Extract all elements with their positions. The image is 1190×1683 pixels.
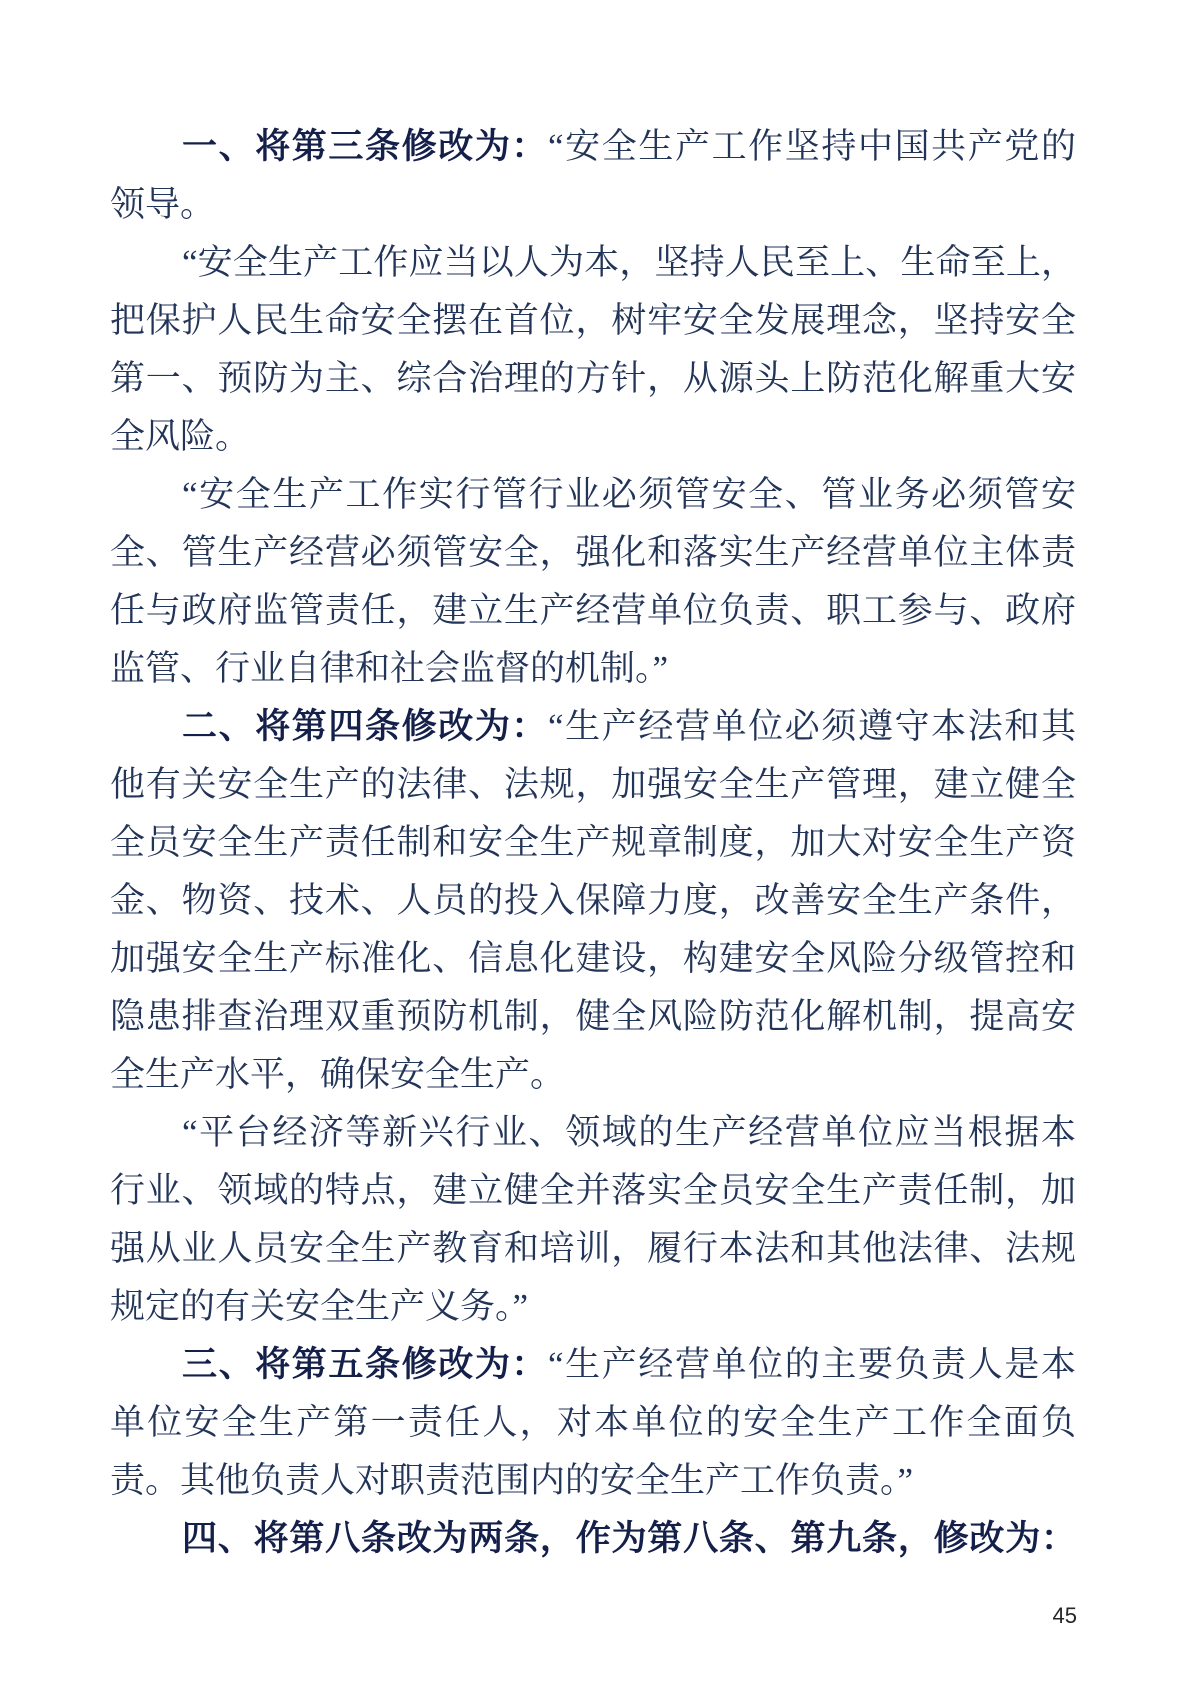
bold-heading-segment: 四、将第八条改为两条，作为第八条、第九条，修改为： bbox=[182, 1519, 1076, 1558]
body-text-segment: 规定的有关安全生产义务。” bbox=[110, 1287, 528, 1326]
text-line: 隐患排查治理双重预防机制，健全风险防范化解机制，提高安 bbox=[110, 988, 1076, 1046]
body-text-segment: 监管、行业自律和社会监督的机制。” bbox=[110, 649, 668, 688]
document-text-block: 一、将第三条修改为：“安全生产工作坚持中国共产党的领导。“安全生产工作应当以人为… bbox=[110, 118, 1076, 1568]
text-line: 全生产水平，确保安全生产。 bbox=[110, 1046, 1076, 1104]
text-line: 把保护人民生命安全摆在首位，树牢安全发展理念，坚持安全 bbox=[110, 292, 1076, 350]
text-line: 全、管生产经营必须管安全，强化和落实生产经营单位主体责 bbox=[110, 524, 1076, 582]
body-text-segment: “平台经济等新兴行业、领域的生产经营单位应当根据本 bbox=[182, 1113, 1076, 1152]
text-line: 四、将第八条改为两条，作为第八条、第九条，修改为： bbox=[110, 1510, 1076, 1568]
text-line: “平台经济等新兴行业、领域的生产经营单位应当根据本 bbox=[110, 1104, 1076, 1162]
text-line: 领导。 bbox=[110, 176, 1076, 234]
body-text-segment: 全员安全生产责任制和安全生产规章制度，加大对安全生产资 bbox=[110, 823, 1076, 862]
text-line: 全风险。 bbox=[110, 408, 1076, 466]
text-line: 二、将第四条修改为：“生产经营单位必须遵守本法和其 bbox=[110, 698, 1076, 756]
text-line: 第一、预防为主、综合治理的方针，从源头上防范化解重大安 bbox=[110, 350, 1076, 408]
text-line: 责。其他负责人对职责范围内的安全生产工作负责。” bbox=[110, 1452, 1076, 1510]
text-line: “安全生产工作实行管行业必须管安全、管业务必须管安 bbox=[110, 466, 1076, 524]
text-line: “安全生产工作应当以人为本，坚持人民至上、生命至上， bbox=[110, 234, 1076, 292]
body-text-segment: 行业、领域的特点，建立健全并落实全员安全生产责任制，加 bbox=[110, 1171, 1076, 1210]
text-line: 金、物资、技术、人员的投入保障力度，改善安全生产条件， bbox=[110, 872, 1076, 930]
text-line: 全员安全生产责任制和安全生产规章制度，加大对安全生产资 bbox=[110, 814, 1076, 872]
text-line: 三、将第五条修改为：“生产经营单位的主要负责人是本 bbox=[110, 1336, 1076, 1394]
body-text-segment: 强从业人员安全生产教育和培训，履行本法和其他法律、法规 bbox=[110, 1229, 1076, 1268]
body-text-segment: 把保护人民生命安全摆在首位，树牢安全发展理念，坚持安全 bbox=[110, 301, 1076, 340]
text-line: 加强安全生产标准化、信息化建设，构建安全风险分级管控和 bbox=[110, 930, 1076, 988]
body-text-segment: 第一、预防为主、综合治理的方针，从源头上防范化解重大安 bbox=[110, 359, 1076, 398]
document-page: 一、将第三条修改为：“安全生产工作坚持中国共产党的领导。“安全生产工作应当以人为… bbox=[0, 0, 1190, 1683]
body-text-segment: 全、管生产经营必须管安全，强化和落实生产经营单位主体责 bbox=[110, 533, 1076, 572]
body-text-segment: 单位安全生产第一责任人，对本单位的安全生产工作全面负 bbox=[110, 1403, 1076, 1442]
bold-heading-segment: 三、将第五条修改为： bbox=[182, 1345, 548, 1384]
text-line: 一、将第三条修改为：“安全生产工作坚持中国共产党的 bbox=[110, 118, 1076, 176]
page-number: 45 bbox=[1053, 1602, 1077, 1630]
text-line: 规定的有关安全生产义务。” bbox=[110, 1278, 1076, 1336]
body-text-segment: 他有关安全生产的法律、法规，加强安全生产管理，建立健全 bbox=[110, 765, 1076, 804]
body-text-segment: 全生产水平，确保安全生产。 bbox=[110, 1055, 565, 1094]
text-line: 单位安全生产第一责任人，对本单位的安全生产工作全面负 bbox=[110, 1394, 1076, 1452]
body-text-segment: “生产经营单位必须遵守本法和其 bbox=[548, 707, 1076, 746]
body-text-segment: 领导。 bbox=[110, 185, 215, 224]
body-text-segment: “生产经营单位的主要负责人是本 bbox=[548, 1345, 1076, 1384]
body-text-segment: “安全生产工作实行管行业必须管安全、管业务必须管安 bbox=[182, 475, 1076, 514]
body-text-segment: “安全生产工作应当以人为本，坚持人民至上、生命至上， bbox=[182, 243, 1076, 282]
text-line: 监管、行业自律和社会监督的机制。” bbox=[110, 640, 1076, 698]
body-text-segment: 任与政府监管责任，建立生产经营单位负责、职工参与、政府 bbox=[110, 591, 1076, 630]
body-text-segment: 隐患排查治理双重预防机制，健全风险防范化解机制，提高安 bbox=[110, 997, 1076, 1036]
body-text-segment: 责。其他负责人对职责范围内的安全生产工作负责。” bbox=[110, 1461, 913, 1500]
bold-heading-segment: 一、将第三条修改为： bbox=[182, 127, 548, 166]
text-line: 他有关安全生产的法律、法规，加强安全生产管理，建立健全 bbox=[110, 756, 1076, 814]
body-text-segment: 金、物资、技术、人员的投入保障力度，改善安全生产条件， bbox=[110, 881, 1076, 920]
body-text-segment: “安全生产工作坚持中国共产党的 bbox=[548, 127, 1076, 166]
text-line: 任与政府监管责任，建立生产经营单位负责、职工参与、政府 bbox=[110, 582, 1076, 640]
body-text-segment: 加强安全生产标准化、信息化建设，构建安全风险分级管控和 bbox=[110, 939, 1076, 978]
body-text-segment: 全风险。 bbox=[110, 417, 250, 456]
text-line: 强从业人员安全生产教育和培训，履行本法和其他法律、法规 bbox=[110, 1220, 1076, 1278]
bold-heading-segment: 二、将第四条修改为： bbox=[182, 707, 548, 746]
text-line: 行业、领域的特点，建立健全并落实全员安全生产责任制，加 bbox=[110, 1162, 1076, 1220]
